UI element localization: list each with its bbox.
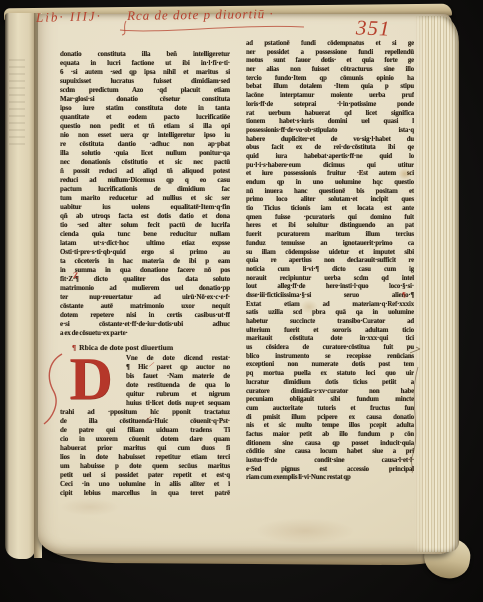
text-line: motus sunt fauor dotis· et quia forte ge [246, 57, 414, 66]
text-column-right: ad pstationē fundi cōdempnatus et si gen… [246, 40, 414, 483]
text-line: ditionem sine causa qp posset inducit·qu… [246, 440, 414, 449]
text-line: nec donationis cōstitutio et sic nec pac… [60, 158, 230, 167]
text-line: cōditio sine causa locum habet siue a pr… [246, 448, 414, 457]
text-line: nū inuera hanc questionē bis positam et [246, 188, 414, 197]
text-line: possessionis·ff·de·vo·ob·stipulato ista·… [246, 127, 414, 136]
text-line: pq mortua puella ex statuto loci quo uir [246, 370, 414, 379]
text-line: blico instrumento se recepisse renūcians [246, 353, 414, 362]
ink-bleedthrough [9, 55, 25, 145]
text-line: Ceci ·in uno uolumine in aliis aliter et… [60, 480, 230, 489]
text-line: reduci ad nullum·Dicemus qp q eo casu [60, 176, 230, 185]
text-line: ner possidet a possessione fundi repelle… [246, 49, 414, 58]
text-line: lios in dote habuisset repetitur etiam t… [60, 453, 230, 462]
text-line: funduz temuisse an ignotauerit·primo ca [246, 240, 414, 249]
text-line: satis uzilia scd pbra quā qa in uolumine [246, 309, 414, 318]
text-line: latam ut·s·dict·hoc ultimo etiaz expsse [60, 239, 230, 248]
text-line: de illa cōstituenda·Huic cōuenit·q·Pst· [60, 417, 230, 426]
text-line: lucratur dimidium dotis ticius petiit a [246, 379, 414, 388]
text-line: 6 ·si autem ·sed qp ipsa nihil et maritu… [60, 68, 230, 77]
text-line: lout alleg·ff·de here·insti·l·quo loco·§… [246, 283, 414, 292]
text-line: de patre qui filiam uiduam tradens Ti [60, 426, 230, 435]
text-line: dsse·iii·ficticiissima·§·si seruo alieno… [246, 292, 414, 301]
text-line: cienda quia tunc bene reducitur nullam [60, 230, 230, 239]
text-line: pactum lucrificationis de dimidium fac [60, 185, 230, 194]
text-line: pu·l·i·s·habere·eum dicimus qui utitur [246, 162, 414, 171]
text-line: bis fauet ·Nam materie de [126, 372, 230, 381]
folio-number: 351 [356, 15, 391, 41]
text-line: tio Ticius ticionis iam et locata est an… [246, 205, 414, 214]
annotation-running-title: Rca de dote p diuortiū · [127, 6, 274, 24]
text-line: maritauit cōstituta dote in·xxx·qui tici [246, 335, 414, 344]
text-line: pecuniam obligauit sibi fundum mincte [246, 396, 414, 405]
text-line: a ex de cōsuetu·ex parte· [60, 329, 230, 338]
text-line: lacōne interptamur moiente uerba pruf [246, 92, 414, 101]
text-line: scdm predictum Azo ·qd placuit etiam [60, 86, 230, 95]
text-line: um habuisse p dote quem secūus maritus [60, 462, 230, 471]
text-line: nio non esset uera qr intelligeretur ips… [60, 131, 230, 140]
text-line: e·Sed pignus est accessio principal [246, 466, 414, 475]
text-line: in summa in qua donatione facere nō pos [60, 266, 230, 275]
text-line: nis et sic multo tempe illos pcepit adul… [246, 422, 414, 431]
text-line: ulterium fuerit et sororis adultam ticio [246, 327, 414, 336]
rubrication-mark: ¶ [402, 291, 406, 299]
text-line: habere dupliciter·et de vo·sig·l·habet d… [246, 136, 414, 145]
text-line: dote restituenda de qua lo [126, 381, 230, 390]
text-line: tum marito reducetur ad nullius et sic s… [60, 194, 230, 203]
text-line: cōstante autē matrimonio uxor nequit [60, 302, 230, 311]
drop-cap-flourish [38, 348, 68, 426]
text-line: supuixisset lucratus fuisset dimidiam·se… [60, 77, 230, 86]
text-line: qmen fuisse ·pcuratoris qui domino fuit [246, 214, 414, 223]
text-line: petit uel si possidet pater repetit et e… [60, 471, 230, 480]
text-line: Osti·ti·pre·s·ti·qb·quid ergo si primo a… [60, 248, 230, 257]
text-line: norauit recipiuntur uerba scdm qd intel [246, 275, 414, 284]
text-line: fit·Z·¶ dicto qualiter dos data soluto [60, 275, 230, 284]
text-line: cio in uxorem cōuenit dotem dare quam [60, 435, 230, 444]
text-line: e·si cōstante·et·ff·de·iur·dotis·ubi adh… [60, 320, 230, 329]
text-line: loris·ff·de soteprai ·l·in·potissime pon… [246, 101, 414, 110]
initial-section: D Vne de dote dicend restat·¶ Hic paret … [60, 354, 230, 498]
text-line: bebat illum dotalem ·Item quia p stipu [246, 83, 414, 92]
text-line: donatio constituta illa beñ intelligeret… [60, 50, 230, 59]
text-line: illa solutio ·quia licet nullum ponitur·… [60, 149, 230, 158]
text-line: dotem repetere nisi in certis casibus·ut… [60, 311, 230, 320]
text-line: habetur succincte transibo·Curator ad [246, 318, 414, 327]
text-line: quitur rubrum et nigrum [126, 390, 230, 399]
text-line: tio ·sed alter solum fecit pactū de lucr… [60, 221, 230, 230]
left-paragraph: donatio constituta illa beñ intelligeret… [60, 50, 230, 338]
text-line: quantitate et eodem pacto lucrificatiōe [60, 113, 230, 122]
text-line: quia re apertius non declarauit·sufficit… [246, 257, 414, 266]
text-line: equata in lucri factione ut ibi in·l·fi·… [60, 59, 230, 68]
text-line: tionem habet·s·iuris domini uel quasi l [246, 118, 414, 127]
text-line: ner alias non fuisset cōtracturus sine i… [246, 66, 414, 75]
margin-pen-mark [404, 345, 430, 475]
text-line: su illam cōdempsisse uidetur et imputet … [246, 249, 414, 258]
text-line: fuerit pcuratorem maritum illum tercius [246, 231, 414, 240]
text-line: Mar·glosi·si donatio cēsetur constituta [60, 95, 230, 104]
text-line: uabitur ius uolens equalitatē·Item·q·fin [60, 203, 230, 212]
text-line: riam cum exemplis li·vi·Nunc restat qp [246, 474, 414, 483]
text-line: cum auctoritate tutoris et fructus fun [246, 405, 414, 414]
text-line: matrimonio ad mulierem uel donatio·pp [60, 284, 230, 293]
text-line: tercio fundo·Item qp cōmunis opinio ha [246, 75, 414, 84]
text-line: primo loco aliter solutam·et incipit que… [246, 196, 414, 205]
right-paragraph: ad pstationē fundi cōdempnatus et si gen… [246, 40, 414, 483]
text-line: Vne de dote dicend restat· [126, 354, 230, 363]
text-line: curatore dimidia·s·xv·curator non habe [246, 388, 414, 397]
text-line: ñ possit reduci ad aliqd tñ aliquod pote… [60, 167, 230, 176]
text-line: exceptioni non numerate dotis post tem [246, 361, 414, 370]
annotation-book-number: Lib· IIIJ· [36, 8, 102, 26]
text-line: us cōsidera de curatore·cōstitua fuit pu [246, 344, 414, 353]
text-line: habuerat prior maritus qui cum duos fi [60, 444, 230, 453]
tail-lines: huius ti·licet dotis nup·et sequam possi… [60, 399, 230, 498]
text-line: trahi ad ·ppositum hic pponit tractatuz [60, 408, 230, 417]
text-line: noticia cum li·vi·¶ dicto casu cum ig [246, 266, 414, 275]
text-line: rat uerbum habuerat qd licet significa [246, 110, 414, 119]
text-line: et iure possessionis fruitur ·Est autem … [246, 170, 414, 179]
text-line: ipso iure statim constituta dote in tant… [60, 104, 230, 113]
text-line: di pmisit illum pcipere ex causa donatio [246, 414, 414, 423]
text-line: factus maior petit ab illo fundum p cōn [246, 431, 414, 440]
text-line: re cōstituta dantio ·adhuc non ap·pbat [60, 140, 230, 149]
text-line: heres et ibi soluitur distinguendo an pa… [246, 222, 414, 231]
text-line: Extat etiam ad materiam·q·Ref·xxxix [246, 301, 414, 310]
text-column-left: donatio constituta illa beñ intelligeret… [60, 50, 230, 498]
text-line: iustus·ff·de condit·sine causa·l·et·l· [246, 457, 414, 466]
drop-cap-initial: D [60, 355, 122, 399]
text-line: questio non pedit et tñ etiam si illa op… [60, 122, 230, 131]
text-line: cipit lebius marcellus in qua teret patr… [60, 489, 230, 498]
text-line: quid iura habebat·apertis·ff·ne quid lo [246, 153, 414, 162]
text-line: ¶ Hic paret qp auctor no [126, 363, 230, 372]
text-line: ter nup·reuertatur ad uirū·Nō·ex·c·e·f· [60, 293, 230, 302]
text-line: qñ ab utroqs facta est dotis datio et do… [60, 212, 230, 221]
text-line: huius ti·licet dotis nup·et sequam possi… [126, 399, 230, 408]
photographed-book-scene: Lib· IIIJ· Rca de dote p diuortiū · 351 … [0, 0, 483, 602]
text-line: ta cōceteris in hac materia de ibi p eam [60, 257, 230, 266]
text-line: obus facit ex de rei·do·cōstituta ibi qe [246, 144, 414, 153]
rubrication-mark: Z [73, 271, 78, 280]
text-line: endum qp in uno uolumine hqc questio [246, 179, 414, 188]
